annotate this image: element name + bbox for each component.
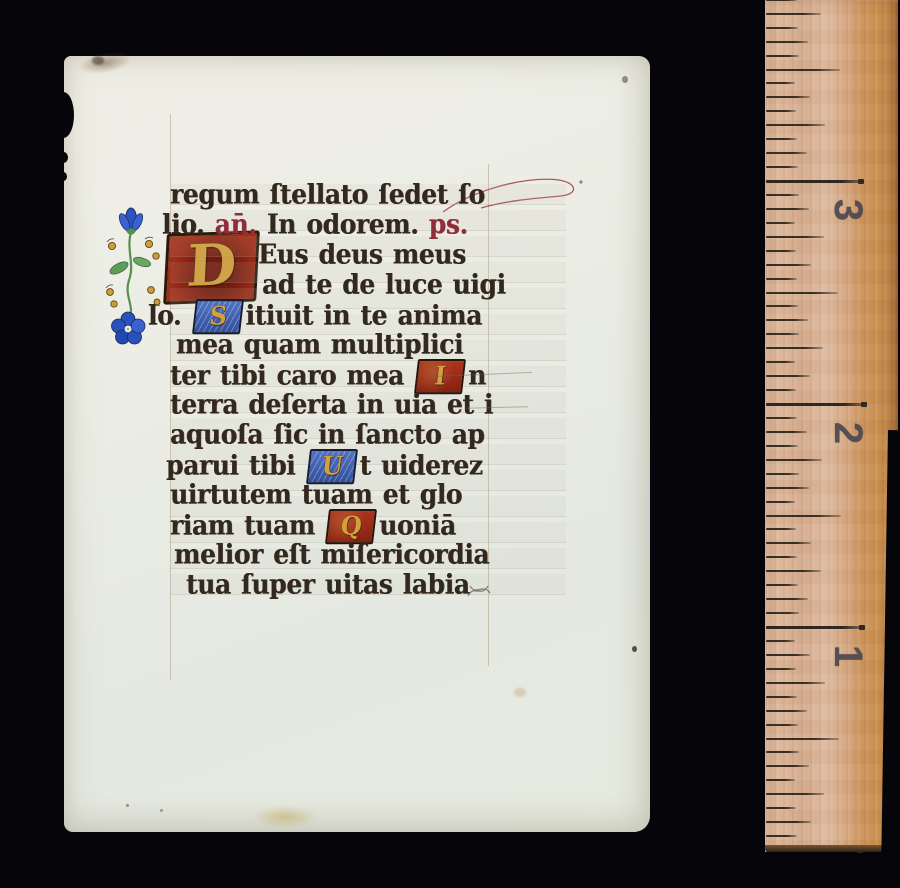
ruler-tick	[766, 542, 811, 544]
text-segment: Eus deus meus	[258, 239, 466, 270]
text-line: uirtutem tuam et glo	[170, 479, 566, 511]
speck	[160, 809, 163, 812]
ruler-tick	[766, 487, 809, 489]
ruler-tick	[766, 501, 795, 503]
ruler-tick	[766, 292, 838, 294]
ruler-tick	[766, 194, 799, 196]
ruler-number: 2	[826, 409, 870, 455]
ruler-tick	[766, 821, 811, 823]
text-segment: tua ſuper uitas labia	[186, 569, 470, 600]
text-line: tua ſuper uitas labia	[186, 569, 566, 601]
edge-nick	[60, 172, 67, 181]
ruler-tick	[766, 570, 821, 572]
ruler-tick	[766, 13, 821, 15]
ruler-tick	[766, 654, 810, 656]
ruler-tick	[766, 473, 799, 475]
text-segment: uirtutem tuam et glo	[170, 479, 462, 510]
ruler-tick	[766, 41, 808, 43]
text-segment: itiuit in te anima	[246, 300, 482, 331]
ruler-tick	[766, 445, 798, 447]
ruler-tick	[766, 751, 799, 753]
ruler-tick	[766, 305, 798, 307]
stain	[92, 56, 104, 65]
ruler-tick	[766, 319, 808, 321]
ruler-tick	[766, 278, 797, 280]
edge-notch	[53, 92, 74, 138]
ruler-tick	[766, 696, 797, 698]
ruler-tick	[766, 264, 811, 266]
ruler-tick	[766, 222, 795, 224]
ruler-tick	[766, 403, 864, 406]
text-segment: mea quam multiplici	[176, 329, 463, 360]
ruler-tick	[766, 375, 810, 377]
ruler-tick	[766, 110, 796, 112]
text-line: Eus deus meus	[258, 239, 566, 271]
ruler-tick	[766, 807, 796, 809]
text-line: melior eſt miſericordia	[174, 539, 566, 571]
ruler-tick	[766, 27, 798, 29]
ruler-tick	[766, 835, 797, 837]
ruler-tick	[766, 556, 797, 558]
text-segment: n	[468, 360, 486, 391]
ruler-tick	[766, 389, 796, 391]
ruler-tick	[766, 82, 795, 84]
text-segment: melior eſt miſericordia	[174, 539, 489, 570]
ruler-tick	[766, 347, 823, 349]
photo-stage: D regum ſtellato ſedet ſolio. an̄. In od…	[0, 0, 900, 888]
ruler-tick	[766, 849, 860, 852]
ruler-tick	[766, 180, 861, 183]
ruler-tick	[766, 236, 824, 238]
text-line: riam tuam Quoniā	[170, 509, 566, 541]
text-segment: In odorem.	[257, 209, 429, 240]
text-segment: uoniā	[379, 510, 456, 541]
ruler-tick	[766, 96, 810, 98]
text-line: aquoſa ſic in ſancto ap	[170, 419, 566, 451]
ruler-tick	[766, 431, 807, 433]
ruler-tick	[766, 528, 796, 530]
stain	[254, 806, 316, 828]
ruler-tick	[766, 793, 824, 795]
ruler-number: 3	[826, 186, 870, 232]
text-segment: t uiderez	[360, 450, 483, 481]
manuscript-leaf: D regum ſtellato ſedet ſolio. an̄. In od…	[64, 56, 650, 832]
text-segment: ter tibi caro mea	[170, 360, 414, 391]
ruler-tick	[766, 0, 797, 1]
ruler-tick	[766, 333, 799, 335]
text-line: mea quam multiplici	[176, 329, 566, 361]
text-segment: lo.	[148, 300, 192, 331]
text-segment: lio.	[162, 209, 215, 240]
ruler-tick	[766, 138, 797, 140]
ruler-tick	[766, 598, 808, 600]
five-petal-blossom	[112, 312, 146, 344]
ruler-tick	[766, 612, 799, 614]
text-segment: terra deſerta in uia et i	[170, 389, 493, 420]
ruler-tick	[766, 584, 798, 586]
ruler-tick	[766, 682, 825, 684]
text-block: regum ſtellato ſedet ſolio. an̄. In odor…	[170, 180, 566, 600]
ruler-tick	[766, 738, 839, 740]
text-segment: ad te de luce uigi	[262, 269, 506, 300]
ruler-tick	[766, 417, 797, 419]
text-segment: parui tibi	[166, 450, 306, 481]
text-line: lo. Sitiuit in te anima	[148, 299, 566, 331]
text-line: ad te de luce uigi	[262, 269, 566, 301]
line-end-flourish-icon	[466, 580, 496, 602]
ruler-number: 1	[826, 632, 870, 678]
speck	[622, 76, 628, 83]
rubric-segment: an̄.	[215, 209, 257, 240]
text-line: lio. an̄. In odorem. ps.	[162, 209, 566, 241]
ruler-tick	[766, 779, 795, 781]
text-segment: riam tuam	[170, 510, 325, 541]
ruler-tick	[766, 515, 841, 517]
text-line: regum ſtellato ſedet ſo	[170, 179, 566, 211]
ruler-tick	[766, 166, 798, 168]
stain	[77, 49, 133, 77]
text-segment: aquoſa ſic in ſancto ap	[170, 419, 485, 450]
tulip-blossom	[117, 208, 145, 235]
ruler-tick	[766, 640, 795, 642]
ruler-tick	[766, 459, 822, 461]
wooden-ruler: 321	[765, 0, 898, 852]
rubric-segment: ps.	[429, 209, 468, 240]
edge-nick	[59, 152, 68, 163]
ruler-tick	[766, 124, 825, 126]
speck	[632, 646, 637, 652]
ruler-tick	[766, 208, 809, 210]
text-line: ter tibi caro mea In	[170, 359, 566, 391]
text-line: parui tibi Ut uiderez	[166, 449, 566, 481]
stain	[514, 688, 526, 697]
ruler-tick	[766, 152, 807, 154]
ruler-tick	[766, 710, 807, 712]
ruler-tick	[766, 626, 862, 629]
ruler-tick	[766, 250, 796, 252]
ruler-tick	[766, 724, 798, 726]
ruler-tick	[766, 765, 809, 767]
text-segment: regum ſtellato ſedet ſo	[170, 179, 485, 210]
text-line: terra deſerta in uia et i	[170, 389, 566, 421]
speck	[126, 804, 129, 807]
ruler-tick	[766, 69, 840, 71]
ruler-tick	[766, 668, 796, 670]
ruler-tick	[766, 361, 795, 363]
ruler-tick	[766, 55, 799, 57]
